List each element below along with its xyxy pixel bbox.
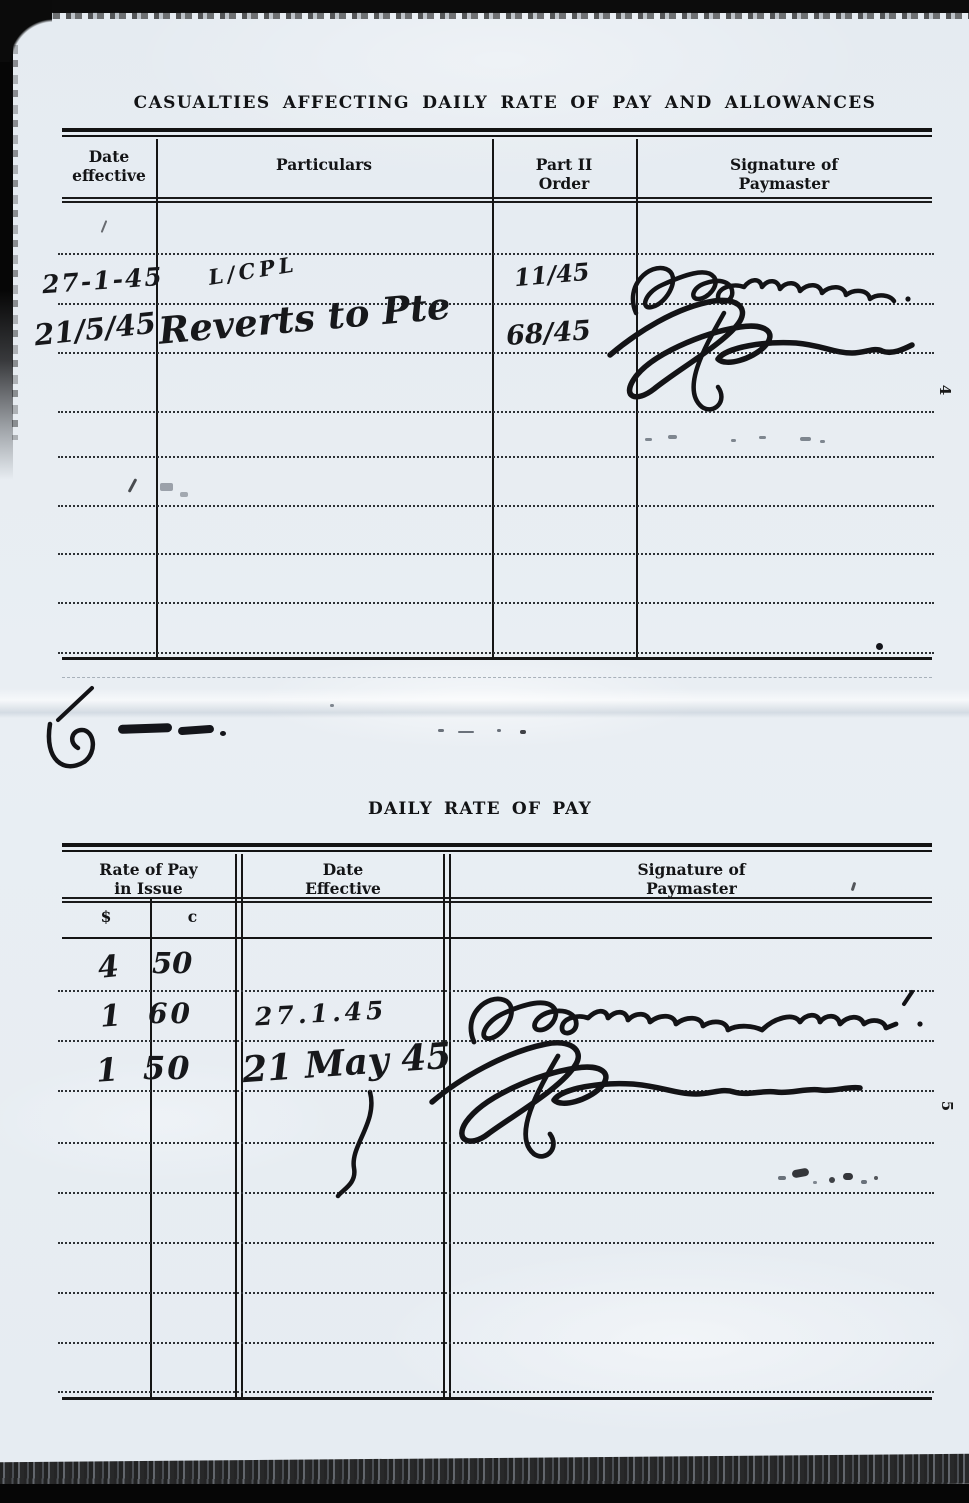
- table2-header-date-effective: Date Effective: [243, 860, 443, 899]
- smudge: [330, 704, 334, 707]
- side-page-number-4: 4: [936, 385, 954, 395]
- table1-header-part2-order: Part II Order: [492, 155, 636, 194]
- table1-bottom-border: [62, 657, 932, 660]
- table2-ruled-line: [58, 1292, 934, 1294]
- ink-dash: [118, 723, 172, 734]
- ink-dash: [178, 725, 214, 735]
- paymaster-signature-4: [428, 1036, 938, 1162]
- table2-subheader-line: [62, 937, 932, 939]
- smudge: [800, 437, 811, 441]
- table1-ruled-line: [58, 553, 934, 555]
- table1-top-border: [62, 128, 932, 137]
- table2-header-signature-line1: Signature of: [451, 860, 932, 879]
- fold-crease: [0, 688, 969, 718]
- scan-edge-bottom: [0, 1484, 969, 1503]
- table2-header-signature-line2: Paymaster: [451, 879, 932, 898]
- table2-header-rate-line1: Rate of Pay: [62, 860, 235, 879]
- table1-ruled-line: [58, 602, 934, 604]
- handwritten-dollars-row1: 4: [96, 949, 120, 986]
- ink-dot: [876, 643, 883, 650]
- smudge: [813, 1181, 817, 1184]
- paymaster-signature-2: [606, 293, 918, 415]
- scan-corner-top-left: [0, 0, 52, 62]
- table1-header-particulars: Particulars: [156, 155, 492, 174]
- handwritten-cents-row2: 60: [148, 997, 193, 1030]
- ink-dot: [874, 1176, 878, 1180]
- section1-title: CASUALTIES AFFECTING DAILY RATE OF PAY A…: [70, 93, 940, 113]
- table1-divider-2: [492, 139, 494, 660]
- table1-header-date-line2: effective: [62, 166, 156, 185]
- table2-bottom-border: [62, 1397, 932, 1400]
- smudge: [438, 729, 444, 732]
- smudge: [645, 438, 652, 441]
- table1-header-signature-line2: Paymaster: [636, 174, 932, 193]
- scanned-pay-book-page: CASUALTIES AFFECTING DAILY RATE OF PAY A…: [0, 0, 969, 1503]
- pencil-scribble: [34, 680, 129, 780]
- smudge: [731, 439, 736, 442]
- handwritten-cents-row3: 50: [143, 1049, 192, 1087]
- ink-dot: [829, 1177, 835, 1183]
- table2-ruled-line: [58, 1391, 934, 1393]
- smudge: [458, 731, 474, 733]
- table1-lower-faint-line: [62, 677, 932, 678]
- ink-dash: [843, 1173, 853, 1180]
- smudge: [497, 729, 501, 732]
- table2-cents-symbol: c: [150, 907, 235, 926]
- table2-header-rate-of-pay: Rate of Pay in Issue: [62, 860, 235, 899]
- table2-divider-1: [235, 854, 243, 1398]
- smudge: [668, 435, 677, 439]
- table1-header-signature: Signature of Paymaster: [636, 155, 932, 194]
- scan-edge-top-fray: [0, 12, 969, 19]
- smudge: [861, 1180, 867, 1184]
- table1-header-separator: [62, 197, 932, 203]
- ink-dot: [220, 731, 226, 736]
- table2-header-date-line2: Effective: [243, 879, 443, 898]
- handwriting-flourish-tail: [330, 1088, 390, 1200]
- side-page-number-5: 5: [938, 1101, 956, 1111]
- smudge: [180, 492, 188, 497]
- scan-edge-left-fray: [12, 0, 18, 440]
- smudge: [759, 436, 766, 439]
- table2-ruled-line: [58, 1242, 934, 1244]
- ink-dot: [520, 730, 526, 734]
- handwritten-dollars-row3: 1: [95, 1050, 120, 1089]
- table1-ruled-line: [58, 652, 934, 654]
- table1-header-signature-line1: Signature of: [636, 155, 932, 174]
- handwritten-dollars-row2: 1: [99, 998, 122, 1034]
- table2-dollars-symbol: $: [62, 907, 150, 926]
- table2-ruled-line: [58, 1192, 934, 1194]
- table2-header-date-line1: Date: [243, 860, 443, 879]
- table1-header-part2-line1: Part II: [492, 155, 636, 174]
- table1-header-part2-line2: Order: [492, 174, 636, 193]
- table1-header-date-line1: Date: [62, 147, 156, 166]
- table2-header-signature: Signature of Paymaster: [451, 860, 932, 899]
- table2-ruled-line: [58, 1342, 934, 1344]
- table2-top-border: [62, 843, 932, 852]
- smudge: [778, 1176, 786, 1180]
- smudge: [820, 440, 825, 443]
- handwritten-cents-row1: 50: [152, 946, 192, 980]
- table1-ruled-line: [58, 456, 934, 458]
- table1-divider-1: [156, 139, 158, 660]
- smudge: [160, 483, 173, 491]
- table1-header-date-effective: Date effective: [62, 147, 156, 186]
- table1-ruled-line: [58, 505, 934, 507]
- section2-title: DAILY RATE OF PAY: [45, 799, 915, 819]
- table2-header-rate-line2: in Issue: [62, 879, 235, 898]
- handwritten-part2-order-row2: 68/45: [505, 315, 592, 352]
